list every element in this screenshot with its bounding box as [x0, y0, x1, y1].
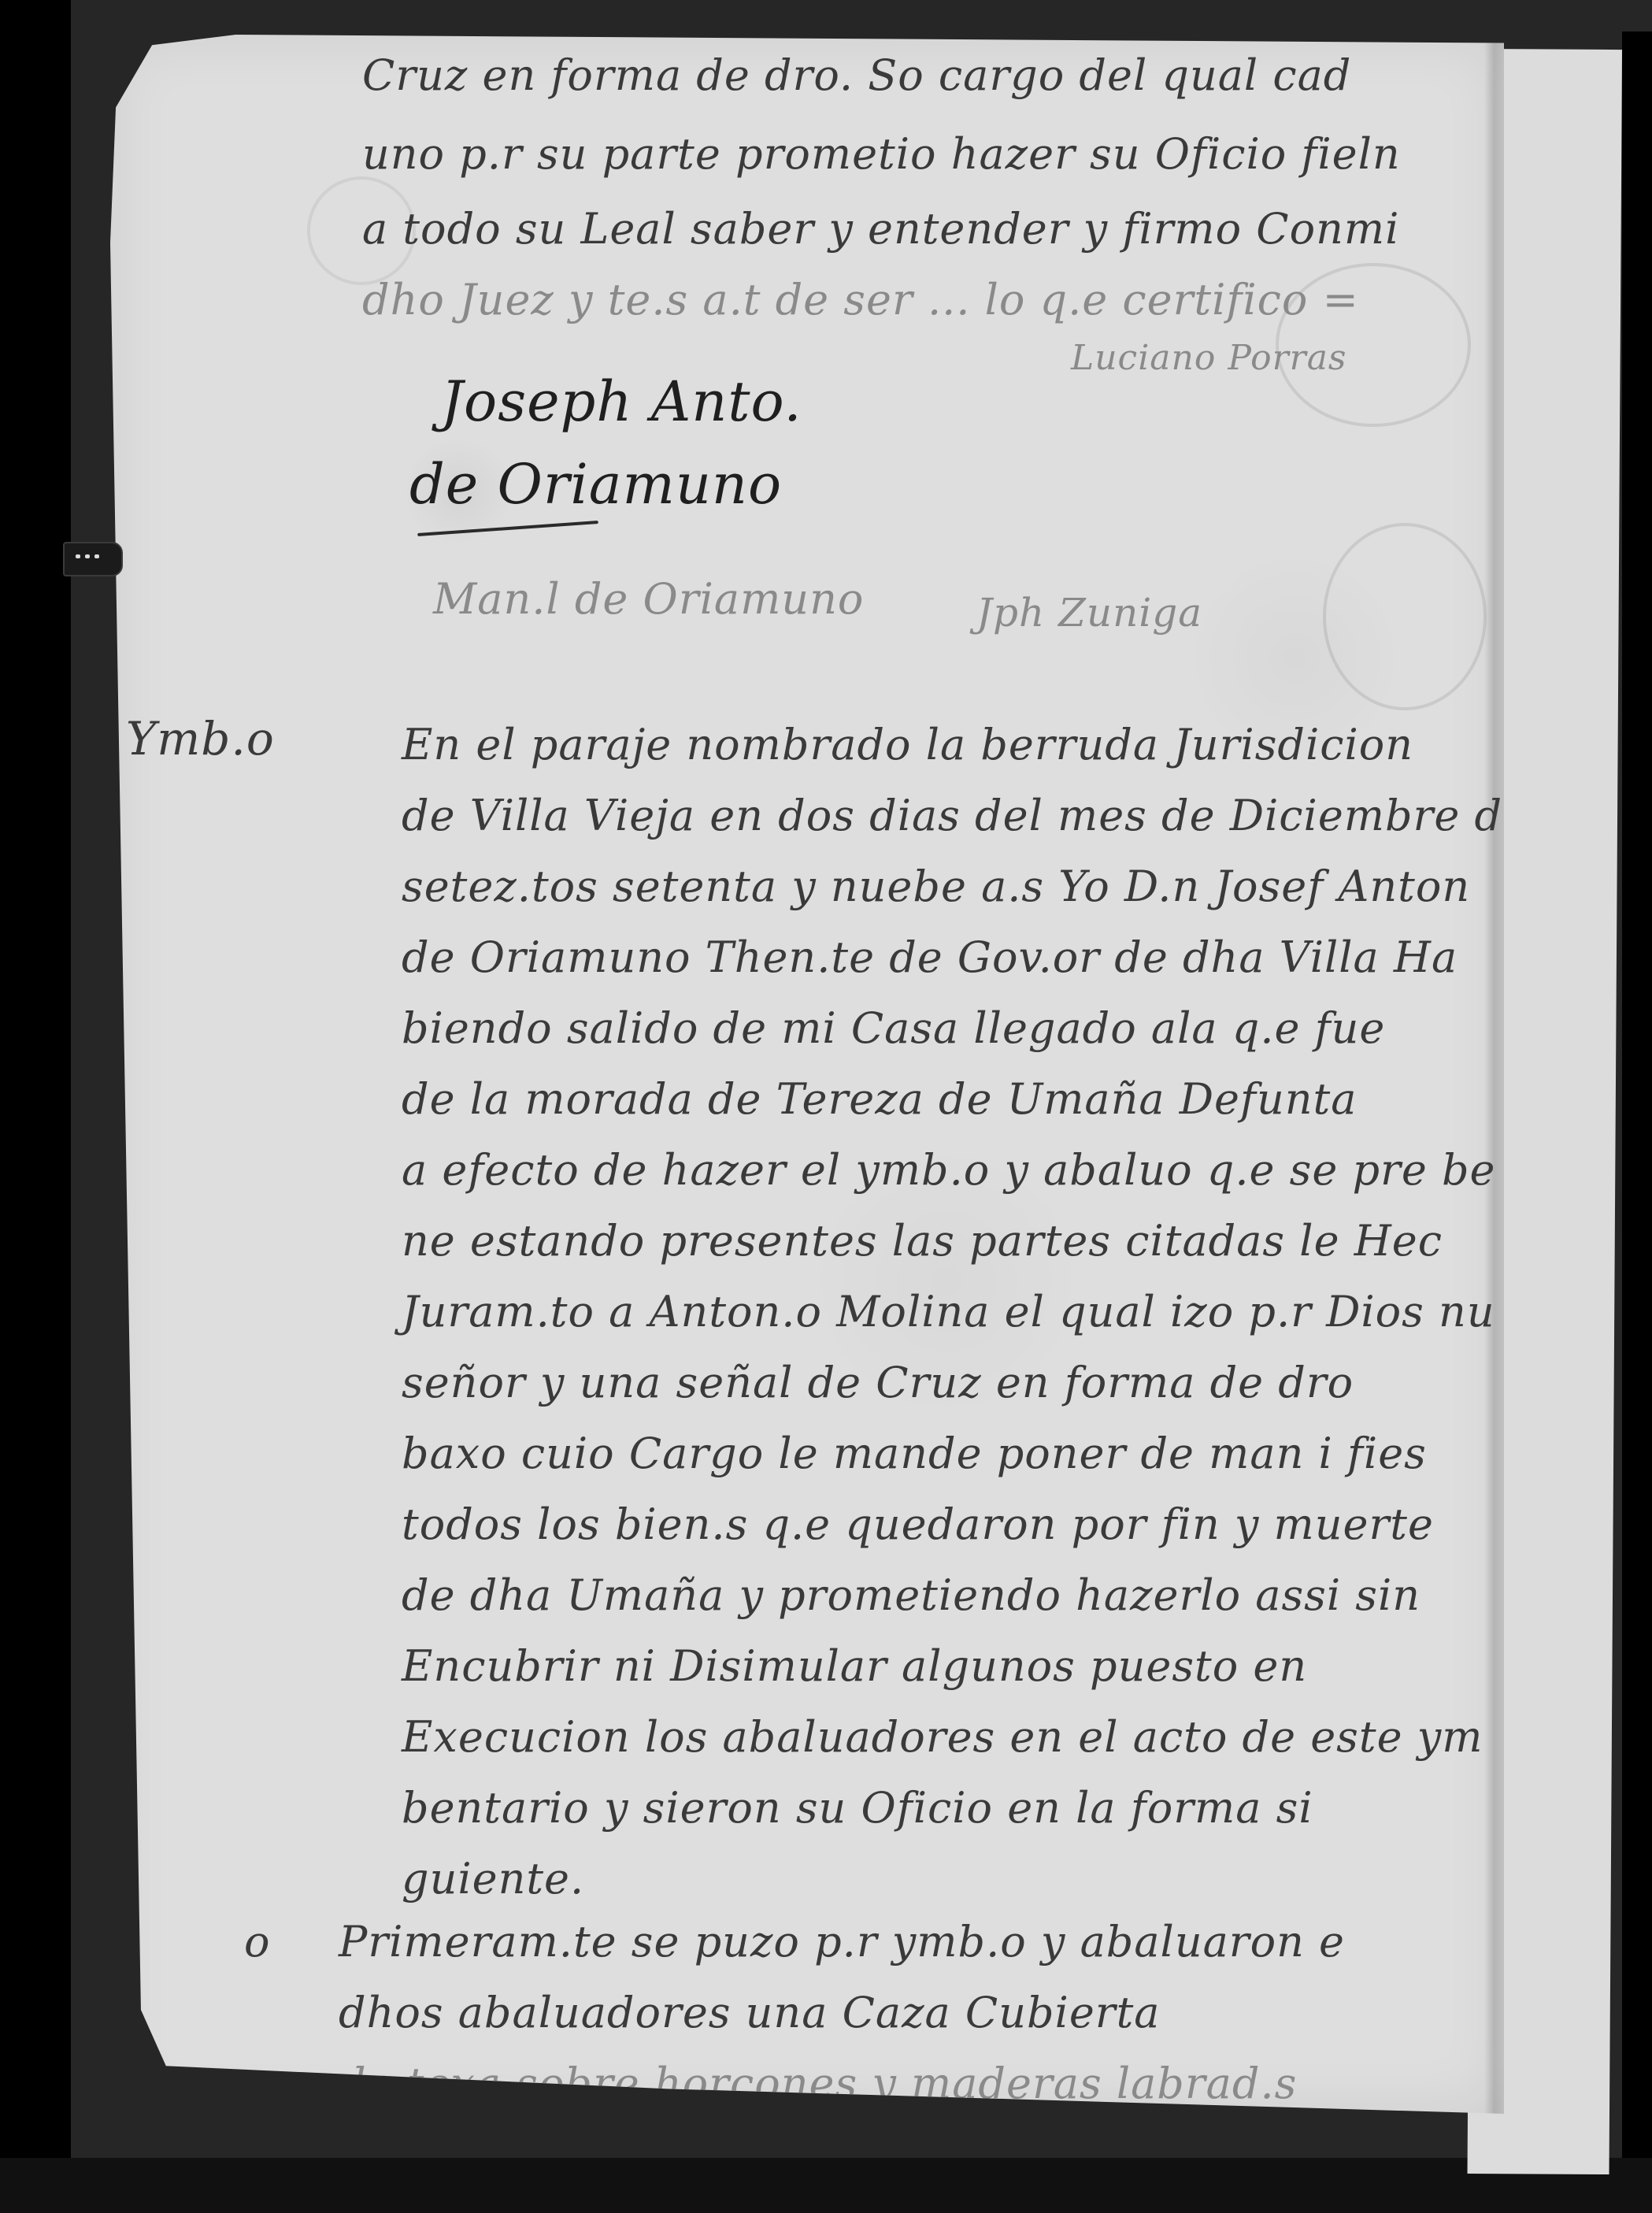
signature-lower-left: Man.l de Oriamuno: [433, 574, 864, 624]
body-line: de Oriamuno Then.te de Gov.or de dha Vil…: [402, 932, 1458, 982]
body-line: señor y una señal de Cruz en forma de dr…: [402, 1358, 1354, 1407]
body-line: baxo cuio Cargo le mande poner de man i …: [402, 1429, 1427, 1478]
top-line: a todo su Leal saber y entender y firmo …: [362, 204, 1399, 254]
clip-highlight: [85, 554, 90, 558]
scanner-edge: [1622, 32, 1652, 2213]
body-line: setez.tos setenta y nuebe a.s Yo D.n Jos…: [402, 862, 1470, 911]
binding-clip: [63, 542, 123, 576]
manuscript-page: Cruz en forma de dro. So cargo del qual …: [110, 35, 1504, 2114]
body-line: biendo salido de mi Casa llegado ala q.e…: [402, 1003, 1385, 1053]
seal-stamp-right: [1323, 523, 1487, 710]
signature-main-line2: de Oriamuno: [409, 452, 782, 517]
body-line: de Villa Vieja en dos dias del mes de Di…: [402, 791, 1613, 840]
body-line: Encubrir ni Disimular algunos puesto en: [402, 1641, 1307, 1691]
item-bullet: o: [244, 1917, 271, 1966]
page-fold-shadow: [1484, 35, 1506, 2114]
top-line: Cruz en forma de dro. So cargo del qual …: [362, 50, 1351, 100]
body-line: En el paraje nombrado la berruda Jurisdi…: [402, 720, 1413, 769]
body-line: bentario y sieron su Oficio en la forma …: [402, 1783, 1313, 1833]
item-line: dhos abaluadores una Caza Cubierta: [339, 1988, 1161, 2037]
top-line: uno p.r su parte prometio hazer su Ofici…: [362, 129, 1401, 179]
signature-lower-right: Jph Zuniga: [976, 590, 1202, 636]
signature-main-line1: Joseph Anto.: [441, 369, 802, 434]
signature-witness: Luciano Porras: [1071, 338, 1347, 378]
margin-note: Ymb.o: [126, 712, 275, 765]
body-line: de la morada de Tereza de Umaña Defunta: [402, 1074, 1357, 1124]
body-line: guiente.: [402, 1854, 584, 1903]
clip-highlight: [76, 554, 80, 558]
top-line: dho Juez y te.s a.t de ser ... lo q.e ce…: [362, 275, 1359, 324]
body-line: Execucion los abaluadores en el acto de …: [402, 1712, 1483, 1762]
body-line: de dha Umaña y prometiendo hazerlo assi …: [402, 1570, 1420, 1620]
clip-highlight: [94, 554, 99, 558]
body-line: todos los bien.s q.e quedaron por fin y …: [402, 1499, 1434, 1549]
body-line: ne estando presentes las partes citadas …: [402, 1216, 1443, 1266]
body-line: a efecto de hazer el ymb.o y abaluo q.e …: [402, 1145, 1496, 1195]
body-line: Juram.to a Anton.o Molina el qual izo p.…: [402, 1287, 1495, 1336]
item-line: Primeram.te se puzo p.r ymb.o y abaluaro…: [339, 1917, 1345, 1966]
scanner-bottom: [0, 2158, 1652, 2213]
